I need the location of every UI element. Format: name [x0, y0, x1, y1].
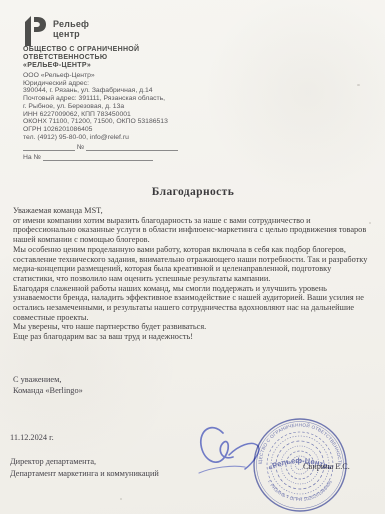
na-number-blank-line [43, 153, 153, 161]
scan-speck [369, 222, 371, 224]
paragraph: от имени компании хотим выразить благода… [13, 216, 374, 245]
stamp-ring-text-bottom: г. РЯЗАНЬ • ОГРН 1026201086405 [267, 479, 333, 502]
letter-title: Благодарность [13, 186, 373, 198]
svg-text:ОБЩЕСТВО С ОГРАНИЧЕННОЙ ОТВЕТС: ОБЩЕСТВО С ОГРАНИЧЕННОЙ ОТВЕТСТВЕННОСТЬЮ [248, 415, 343, 466]
letterhead-logo: Рельеф центр [24, 16, 89, 46]
stamp-ring-text-top: ОБЩЕСТВО С ОГРАНИЧЕННОЙ ОТВЕТСТВЕННОСТЬЮ [248, 415, 343, 466]
svg-text:г. РЯЗАНЬ • ОГРН 1026201086405: г. РЯЗАНЬ • ОГРН 1026201086405 [267, 479, 333, 502]
incoming-number-row: На № [23, 153, 178, 163]
company-name-line: «РЕЛЬЕФ-ЦЕНТР» [23, 62, 139, 70]
scan-speck [357, 84, 360, 86]
details-line: Почтовый адрес: 391111, Рязанская област… [23, 95, 168, 103]
signer-department: Департамент маркетинга и коммуникаций [10, 468, 159, 480]
details-line: 390044, г. Рязань, ул. Зафабричная, д.14 [23, 87, 168, 95]
company-name: ОБЩЕСТВО С ОГРАНИЧЕННОЙ ОТВЕТСТВЕННОСТЬЮ… [23, 46, 139, 70]
paragraph: Мы особенно ценим проделанную вами работ… [13, 245, 374, 284]
details-line: ОКОНХ 71100, 71200, 71500, ОКПО 53186513 [23, 118, 168, 126]
company-name-line: ОТВЕТСТВЕННОСТЬЮ [23, 54, 139, 62]
company-details: ООО «Рельеф-Центр» Юридический адрес: 39… [23, 72, 168, 141]
company-name-line: ОБЩЕСТВО С ОГРАНИЧЕННОЙ [23, 46, 139, 54]
number-blank-line [86, 143, 178, 151]
signer-block: Директор департамента, Департамент марке… [10, 456, 159, 479]
closing-block: С уважением, Команда «Berlingo» [13, 374, 83, 396]
na-number-label: На № [23, 154, 41, 161]
letter-body: Уважаемая команда MST, от имени компании… [13, 206, 374, 342]
number-label: № [77, 144, 84, 151]
company-stamp: ОБЩЕСТВО С ОГРАНИЧЕННОЙ ОТВЕТСТВЕННОСТЬЮ… [248, 415, 352, 514]
paragraph: Мы уверены, что наше партнерство будет р… [13, 322, 374, 332]
scanned-letter-page: Рельеф центр ОБЩЕСТВО С ОГРАНИЧЕННОЙ ОТВ… [0, 0, 385, 514]
details-line: ОГРН 1026201086405 [23, 126, 168, 134]
details-line: ИНН 6227009062, КПП 783450001 [23, 111, 168, 119]
date-blank-line [23, 143, 75, 151]
paragraph: Благодаря слаженной работы наших команд,… [13, 284, 374, 323]
closing-salutation: С уважением, [13, 374, 83, 385]
relef-logo-icon [24, 16, 48, 46]
closing-team: Команда «Berlingo» [13, 385, 83, 396]
paragraph: Уважаемая команда MST, [13, 206, 374, 216]
brand-line2: центр [53, 30, 89, 40]
scan-speck [120, 498, 122, 500]
details-line: г. Рыбное, ул. Березовая, д. 13а [23, 103, 168, 111]
details-line: тел. (4912) 95-80-00, info@relef.ru [23, 134, 168, 142]
brand-wordmark: Рельеф центр [53, 16, 89, 39]
details-line: ООО «Рельеф-Центр» [23, 72, 168, 80]
outgoing-number-row: № [23, 143, 178, 153]
reference-lines: № На № [23, 143, 178, 163]
signer-position: Директор департамента, [10, 456, 159, 468]
paragraph: Еще раз благодарим вас за ваш труд и над… [13, 332, 374, 342]
letter-date: 11.12.2024 г. [10, 433, 54, 442]
